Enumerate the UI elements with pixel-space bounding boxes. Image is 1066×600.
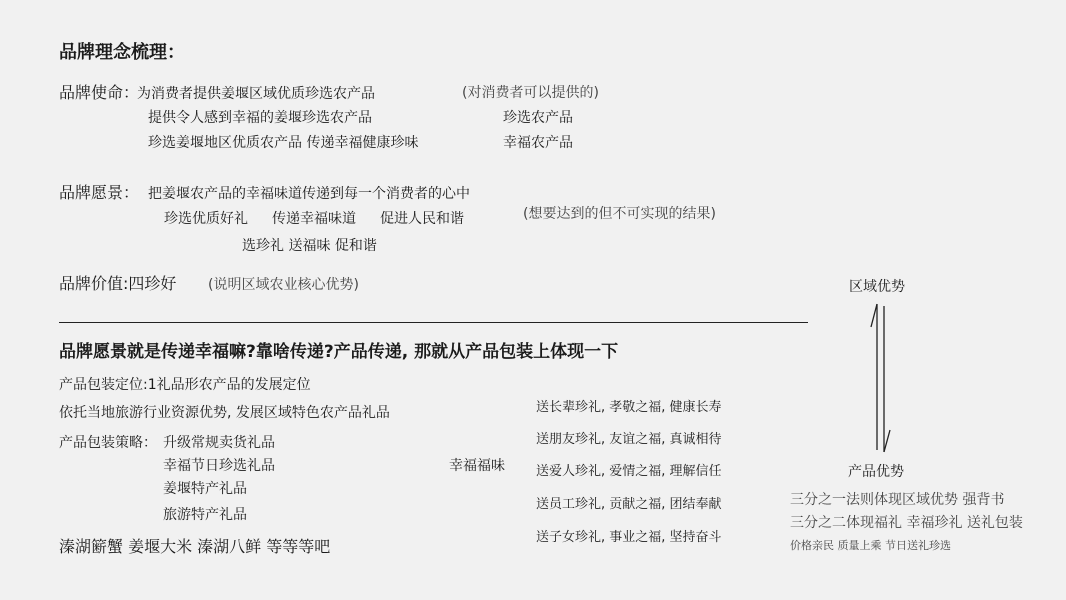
packaging-positioning: 产品包装定位:1礼品形农产品的发展定位: [59, 378, 311, 392]
gift-line-2: 送朋友珍礼, 友谊之福, 真诚相待: [536, 433, 722, 446]
rule-note: 价格亲民 质量上乘 节日送礼珍选: [790, 540, 951, 551]
gift-line-3: 送爱人珍礼, 爱情之福, 理解信任: [536, 465, 722, 478]
strategy-item-2: 幸福节日珍选礼品: [163, 459, 275, 473]
packaging-basis: 依托当地旅游行业资源优势, 发展区域特色农产品礼品: [59, 406, 390, 420]
bidirectional-arrow-icon: [0, 0, 1066, 600]
gift-line-5: 送子女珍礼, 事业之福, 坚持奋斗: [536, 531, 722, 544]
happiness-tag: 幸福福味: [449, 459, 505, 473]
strategy-item-4: 旅游特产礼品: [163, 508, 247, 522]
gift-line-4: 送员工珍礼, 贡献之福, 团结奉献: [536, 498, 722, 511]
rule-line-2: 三分之二体现福礼 幸福珍礼 送礼包装: [790, 516, 1023, 530]
featured-products: 溱湖簖蟹 姜堰大米 溱湖八鲜 等等等吧: [59, 539, 330, 555]
strategy-label: 产品包装策略：: [59, 436, 157, 450]
gift-line-1: 送长辈珍礼, 孝敬之福, 健康长寿: [536, 401, 722, 414]
strategy-item-1: 升级常规卖货礼品: [163, 436, 275, 450]
rule-line-1: 三分之一法则体现区域优势 强背书: [790, 493, 1004, 507]
section-heading: 品牌愿景就是传递幸福嘛?靠啥传递?产品传递, 那就从产品包装上体现一下: [59, 344, 618, 361]
strategy-item-3: 姜堰特产礼品: [163, 482, 247, 496]
